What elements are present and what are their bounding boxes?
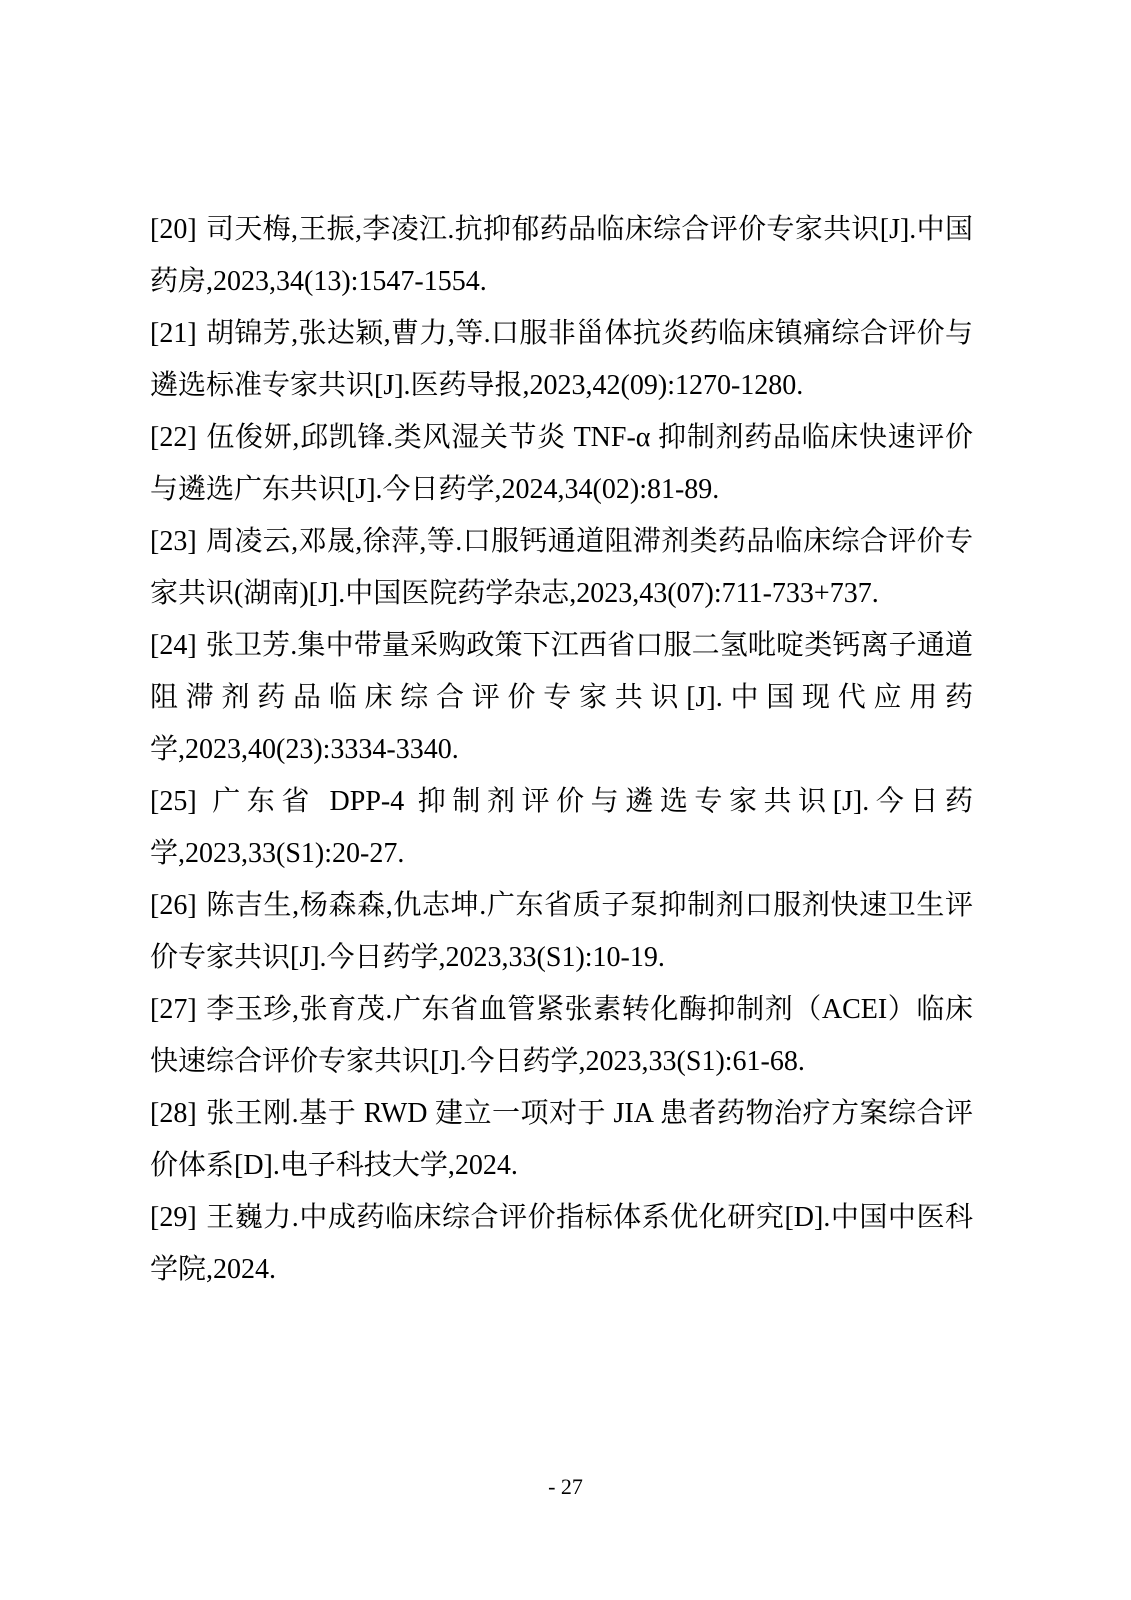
reference-number: [21] bbox=[150, 318, 197, 349]
reference-item: [27]李玉珍,张育茂.广东省血管紧张素转化酶抑制剂（ACEI）临床快速综合评价… bbox=[150, 984, 973, 1088]
reference-number: [24] bbox=[150, 630, 197, 661]
reference-text: 张王刚.基于 RWD 建立一项对于 JIA 患者药物治疗方案综合评价体系[D].… bbox=[150, 1098, 973, 1181]
reference-text: 周凌云,邓晟,徐萍,等.口服钙通道阻滞剂类药品临床综合评价专家共识(湖南)[J]… bbox=[150, 526, 973, 609]
reference-item: [25]广东省 DPP-4 抑制剂评价与遴选专家共识[J].今日药学,2023,… bbox=[150, 776, 973, 880]
reference-item: [24]张卫芳.集中带量采购政策下江西省口服二氢吡啶类钙离子通道阻滞剂药品临床综… bbox=[150, 620, 973, 776]
reference-number: [28] bbox=[150, 1098, 197, 1129]
reference-text: 广东省 DPP-4 抑制剂评价与遴选专家共识[J].今日药学,2023,33(S… bbox=[150, 786, 973, 869]
reference-text: 李玉珍,张育茂.广东省血管紧张素转化酶抑制剂（ACEI）临床快速综合评价专家共识… bbox=[150, 994, 973, 1077]
reference-item: [21]胡锦芳,张达颖,曹力,等.口服非甾体抗炎药临床镇痛综合评价与遴选标准专家… bbox=[150, 308, 973, 412]
reference-item: [20]司天梅,王振,李凌江.抗抑郁药品临床综合评价专家共识[J].中国药房,2… bbox=[150, 204, 973, 308]
reference-number: [26] bbox=[150, 890, 197, 921]
reference-number: [22] bbox=[150, 422, 197, 453]
document-page: [20]司天梅,王振,李凌江.抗抑郁药品临床综合评价专家共识[J].中国药房,2… bbox=[0, 0, 1131, 1600]
reference-number: [23] bbox=[150, 526, 197, 557]
reference-number: [25] bbox=[150, 786, 197, 817]
reference-item: [23]周凌云,邓晟,徐萍,等.口服钙通道阻滞剂类药品临床综合评价专家共识(湖南… bbox=[150, 516, 973, 620]
reference-item: [28]张王刚.基于 RWD 建立一项对于 JIA 患者药物治疗方案综合评价体系… bbox=[150, 1088, 973, 1192]
reference-text: 陈吉生,杨森森,仇志坤.广东省质子泵抑制剂口服剂快速卫生评价专家共识[J].今日… bbox=[150, 890, 973, 973]
reference-text: 伍俊妍,邱凯锋.类风湿关节炎 TNF-α 抑制剂药品临床快速评价与遴选广东共识[… bbox=[150, 422, 973, 505]
reference-item: [26]陈吉生,杨森森,仇志坤.广东省质子泵抑制剂口服剂快速卫生评价专家共识[J… bbox=[150, 880, 973, 984]
reference-text: 胡锦芳,张达颖,曹力,等.口服非甾体抗炎药临床镇痛综合评价与遴选标准专家共识[J… bbox=[150, 318, 973, 401]
reference-item: [29]王巍力.中成药临床综合评价指标体系优化研究[D].中国中医科学院,202… bbox=[150, 1192, 973, 1296]
reference-number: [29] bbox=[150, 1202, 197, 1233]
reference-text: 司天梅,王振,李凌江.抗抑郁药品临床综合评价专家共识[J].中国药房,2023,… bbox=[150, 214, 973, 297]
reference-number: [20] bbox=[150, 214, 197, 245]
page-number: - 27 bbox=[0, 1472, 1131, 1502]
reference-text: 王巍力.中成药临床综合评价指标体系优化研究[D].中国中医科学院,2024. bbox=[150, 1202, 973, 1285]
references-list: [20]司天梅,王振,李凌江.抗抑郁药品临床综合评价专家共识[J].中国药房,2… bbox=[150, 204, 973, 1296]
reference-number: [27] bbox=[150, 994, 197, 1025]
reference-text: 张卫芳.集中带量采购政策下江西省口服二氢吡啶类钙离子通道阻滞剂药品临床综合评价专… bbox=[150, 630, 973, 765]
reference-item: [22]伍俊妍,邱凯锋.类风湿关节炎 TNF-α 抑制剂药品临床快速评价与遴选广… bbox=[150, 412, 973, 516]
